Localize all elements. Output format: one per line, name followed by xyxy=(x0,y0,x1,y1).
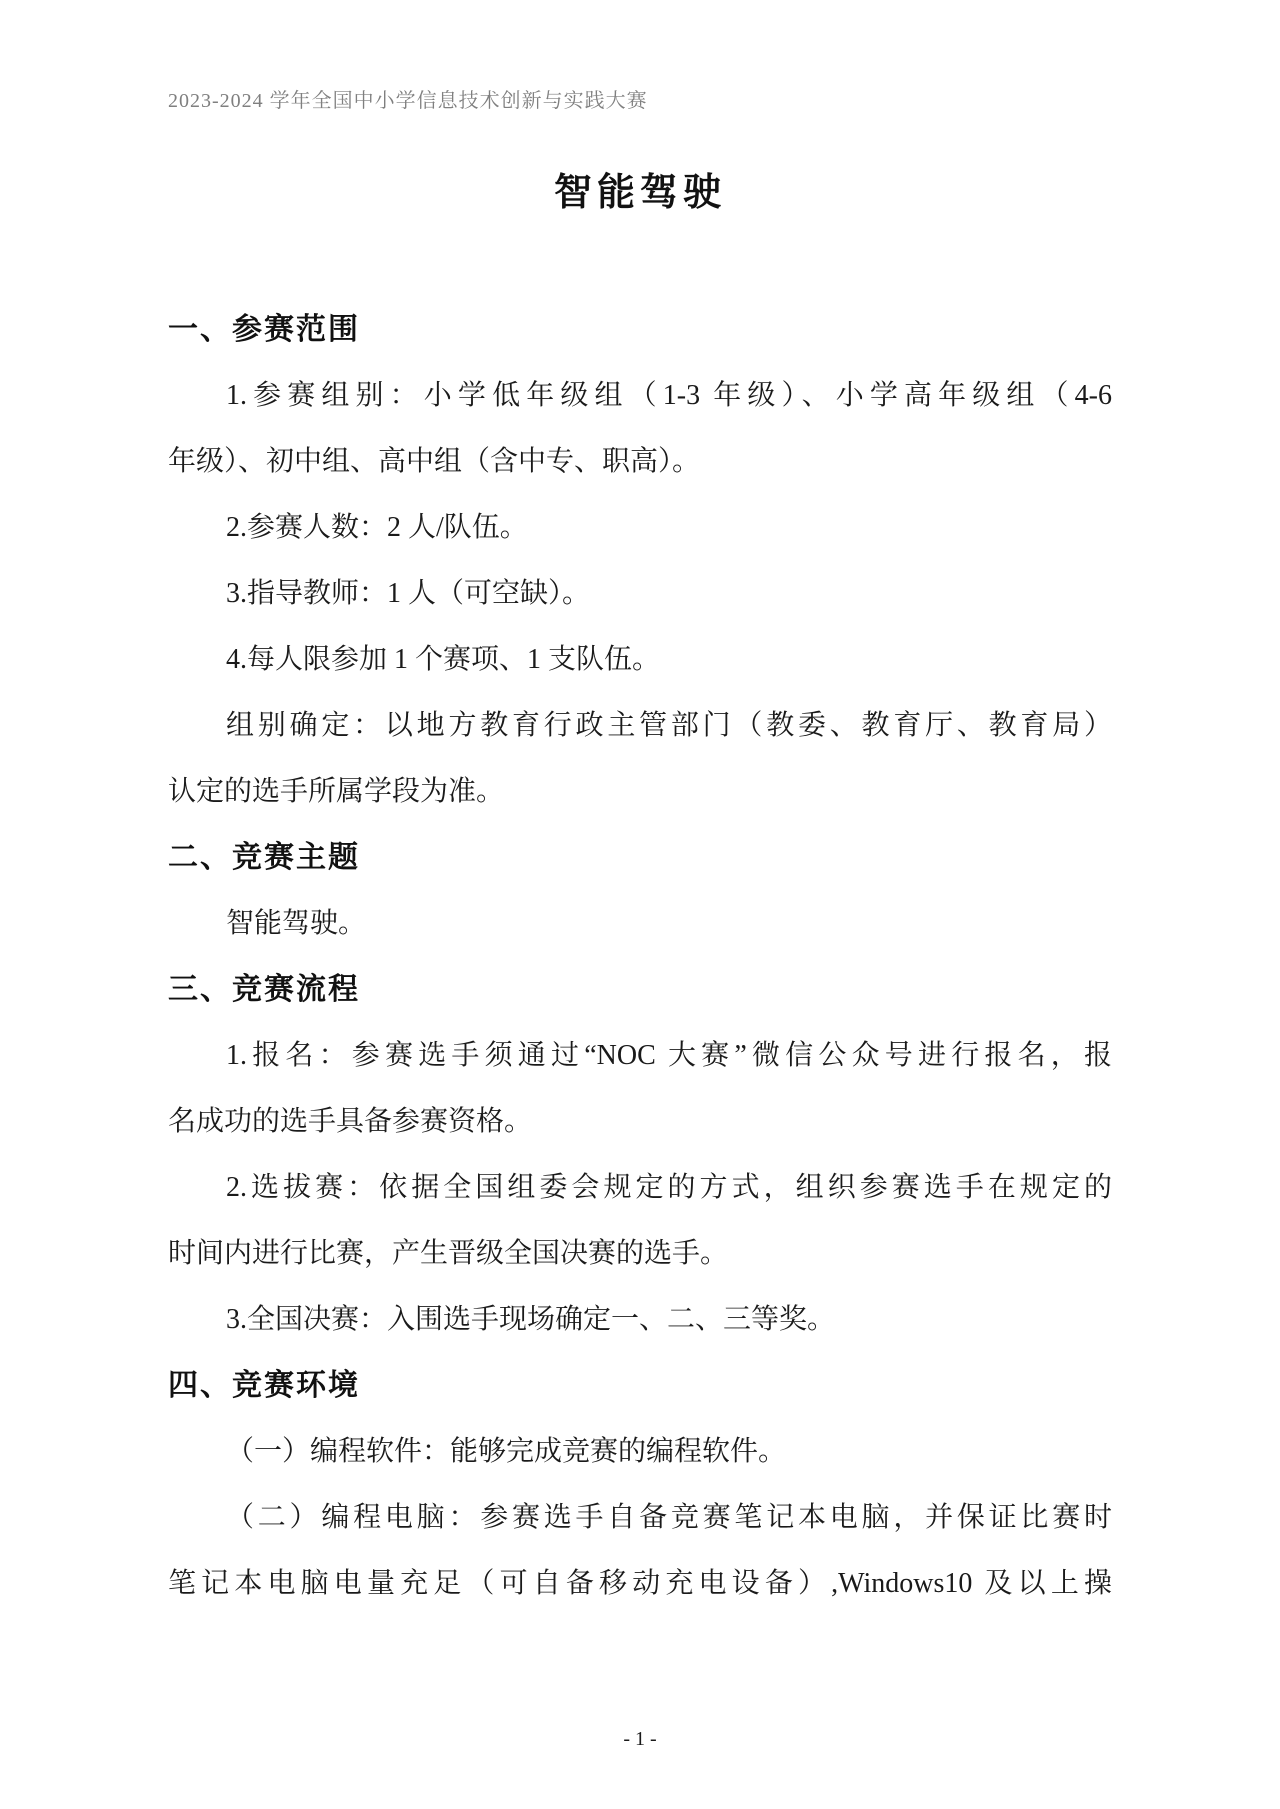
paragraph-line: 智能驾驶。 xyxy=(168,891,1112,957)
paragraph-line: 3.指导教师：1 人（可空缺）。 xyxy=(168,561,1112,627)
paragraph-line: 1.报名：参赛选手须通过“NOC 大赛”微信公众号进行报名，报 xyxy=(168,1023,1112,1089)
paragraph-line: 3.全国决赛：入围选手现场确定一、二、三等奖。 xyxy=(168,1287,1112,1353)
paragraph-line: （二）编程电脑：参赛选手自备竞赛笔记本电脑，并保证比赛时 xyxy=(168,1485,1112,1551)
paragraph-line: 4.每人限参加 1 个赛项、1 支队伍。 xyxy=(168,627,1112,693)
page-header-text: 2023-2024 学年全国中小学信息技术创新与实践大赛 xyxy=(168,84,648,113)
paragraph-line: 时间内进行比赛，产生晋级全国决赛的选手。 xyxy=(168,1221,1112,1287)
section-heading: 二、竞赛主题 xyxy=(168,825,1112,891)
paragraph-line: 笔记本电脑电量充足（可自备移动充电设备）,Windows10 及以上操 xyxy=(168,1551,1112,1617)
section-heading: 三、竞赛流程 xyxy=(168,957,1112,1023)
paragraph-line: 年级）、初中组、高中组（含中专、职高）。 xyxy=(168,429,1112,495)
paragraph-line: 认定的选手所属学段为准。 xyxy=(168,759,1112,825)
paragraph-line: 组别确定：以地方教育行政主管部门（教委、教育厅、教育局） xyxy=(168,693,1112,759)
paragraph-line: 1.参赛组别：小学低年级组（1-3 年级）、小学高年级组（4-6 xyxy=(168,363,1112,429)
document-title: 智能驾驶 xyxy=(0,165,1280,221)
document-body: 一、参赛范围1.参赛组别：小学低年级组（1-3 年级）、小学高年级组（4-6年级… xyxy=(168,297,1112,1617)
paragraph-line: 2.选拔赛：依据全国组委会规定的方式，组织参赛选手在规定的 xyxy=(168,1155,1112,1221)
section-heading: 一、参赛范围 xyxy=(168,297,1112,363)
paragraph-line: 名成功的选手具备参赛资格。 xyxy=(168,1089,1112,1155)
paragraph-line: 2.参赛人数：2 人/队伍。 xyxy=(168,495,1112,561)
section-heading: 四、竞赛环境 xyxy=(168,1353,1112,1419)
document-page: 2023-2024 学年全国中小学信息技术创新与实践大赛 智能驾驶 一、参赛范围… xyxy=(0,0,1280,1809)
page-number: - 1 - xyxy=(0,1728,1280,1751)
paragraph-line: （一）编程软件：能够完成竞赛的编程软件。 xyxy=(168,1419,1112,1485)
